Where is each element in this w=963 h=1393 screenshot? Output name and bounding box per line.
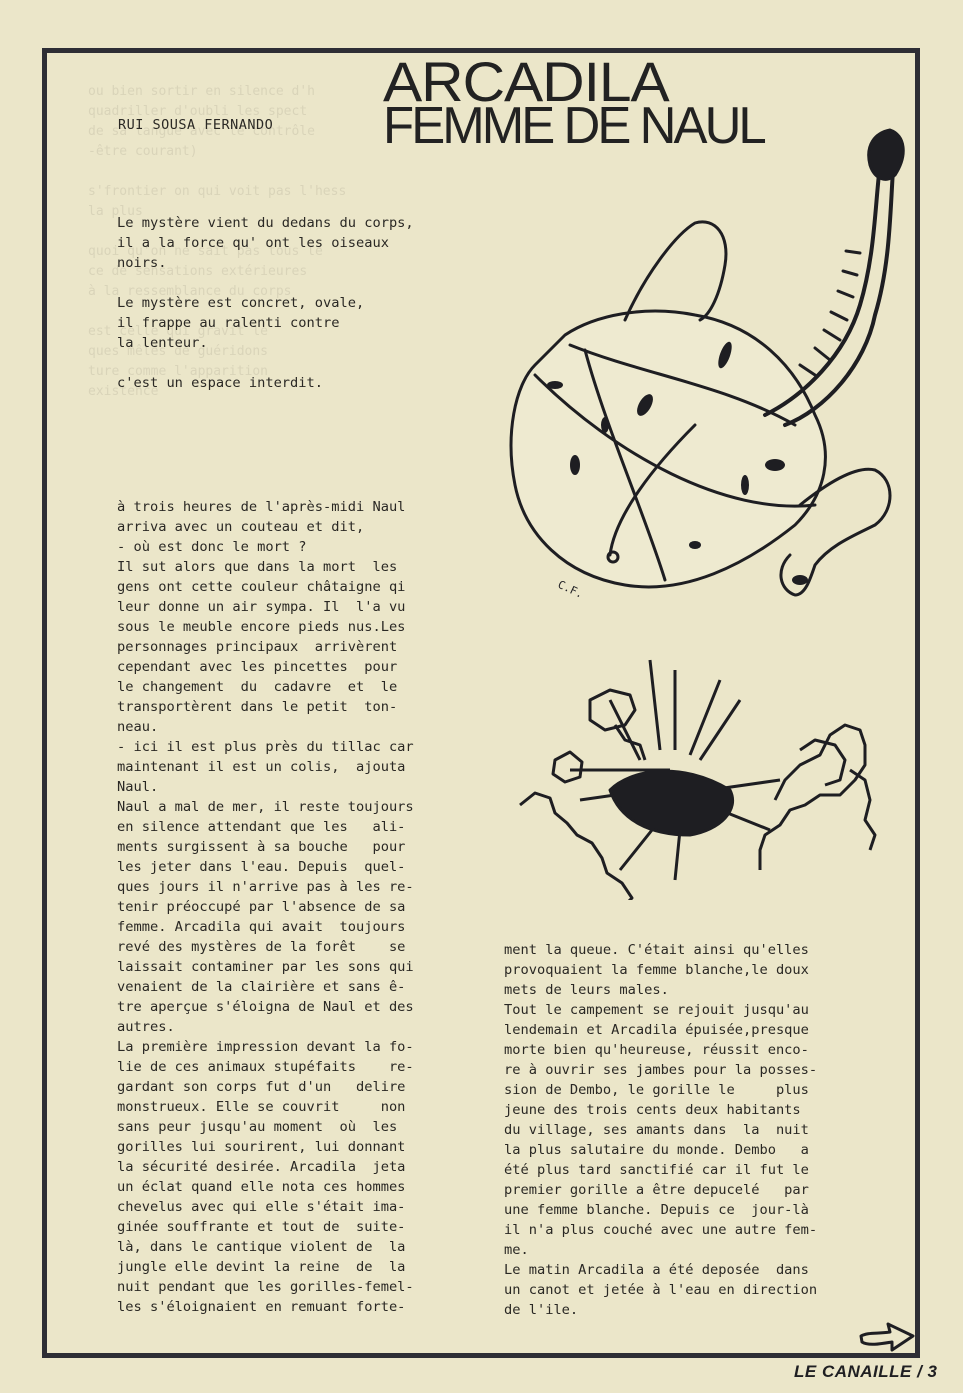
text-line: une femme blanche. Depuis ce jour-là [504,1200,817,1220]
text-line: sous le meuble encore pieds nus.Les [117,617,414,637]
text-line: ment la queue. C'était ainsi qu'elles [504,940,817,960]
text-line: tre aperçue s'éloigna de Naul et des [117,997,414,1017]
text-line: monstrueux. Elle se couvrit non [117,1097,414,1117]
text-line: La première impression devant la fo- [117,1037,414,1057]
text-line: jeune des trois cents deux habitants [504,1100,817,1120]
illustration-signature: C.F. [556,578,586,601]
text-line: me. [504,1240,817,1260]
text-line: femme. Arcadila qui avait toujours [117,917,414,937]
text-line: arriva avec un couteau et dit, [117,517,414,537]
text-line: Le mystère est concret, ovale, [117,293,414,313]
text-line: nuit pendant que les gorilles-femel- [117,1277,414,1297]
text-line: Le matin Arcadila a été deposée dans [504,1260,817,1280]
text-line: laissait contaminer par les sons qui [117,957,414,977]
text-line: morte bien qu'heureuse, réussit enco- [504,1040,817,1060]
text-line: ques jours il n'arrive pas à les re- [117,877,414,897]
package-serpent-illustration: C.F. [495,125,910,625]
text-line: - ici il est plus près du tillac car [117,737,414,757]
text-line: de l'ile. [504,1300,817,1320]
author-name: RUI SOUSA FERNANDO [118,117,273,133]
text-line: en silence attendant que les ali- [117,817,414,837]
text-line: il frappe au ralenti contre [117,313,414,333]
text-line: un canot et jetée à l'eau en direction [504,1280,817,1300]
text-line: la plus salutaire du monde. Dembo a [504,1140,817,1160]
text-line: venaient de la clairière et sans ê- [117,977,414,997]
text-line [117,353,414,373]
text-line: personnages principaux arrivèrent [117,637,414,657]
text-line: chevelus avec qui elle s'était ima- [117,1197,414,1217]
text-line: Naul. [117,777,414,797]
text-line: c'est un espace interdit. [117,373,414,393]
text-line: là, dans le cantique violent de la [117,1237,414,1257]
text-line: ginée souffrante et tout de suite- [117,1217,414,1237]
text-line: revé des mystères de la forêt se [117,937,414,957]
text-line: été plus tard sanctifié car il fut le [504,1160,817,1180]
text-line: sans peur jusqu'au moment où les [117,1117,414,1137]
text-line: neau. [117,717,414,737]
text-line [117,273,414,293]
text-line: Le mystère vient du dedans du corps, [117,213,414,233]
text-line: transportèrent dans le petit ton- [117,697,414,717]
text-line: premier gorille a être depucelé par [504,1180,817,1200]
text-line: tenir préoccupé par l'absence de sa [117,897,414,917]
continue-arrow-icon [858,1320,918,1356]
text-line: du village, ses amants dans la nuit [504,1120,817,1140]
text-line: maintenant il est un colis, ajouta [117,757,414,777]
text-line: ments surgissent à sa bouche pour [117,837,414,857]
text-line: gens ont cette couleur châtaigne qi [117,577,414,597]
text-line: sion de Dembo, le gorille le plus [504,1080,817,1100]
text-line: le changement du cadavre et le [117,677,414,697]
text-line: lie de ces animaux stupéfaits re- [117,1057,414,1077]
text-line: les jeter dans l'eau. Depuis quel- [117,857,414,877]
text-line: jungle elle devint la reine de la [117,1257,414,1277]
text-line: - où est donc le mort ? [117,537,414,557]
text-line: la lenteur. [117,333,414,353]
story-column-left: à trois heures de l'après-midi Naularriv… [117,497,414,1317]
text-line: gardant son corps fut d'un delire [117,1077,414,1097]
text-line: cependant avec les pincettes pour [117,657,414,677]
poem-block: Le mystère vient du dedans du corps,il a… [117,213,414,393]
text-line: il a la force qu' ont les oiseaux [117,233,414,253]
page-footer-label: LE CANAILLE / 3 [794,1362,938,1382]
text-line: provoquaient la femme blanche,le doux [504,960,817,980]
text-line: à trois heures de l'après-midi Naul [117,497,414,517]
text-line: Naul a mal de mer, il reste toujours [117,797,414,817]
text-line: la sécurité desirée. Arcadila jeta [117,1157,414,1177]
story-column-right: ment la queue. C'était ainsi qu'ellespro… [504,940,817,1320]
text-line: les s'éloignaient en remuant forte- [117,1297,414,1317]
text-line: re à ouvrir ses jambes pour la posses- [504,1060,817,1080]
text-line: Il sut alors que dans la mort les [117,557,414,577]
plant-chain-illustration [500,640,900,900]
text-line: lendemain et Arcadila épuisée,presque [504,1020,817,1040]
text-line: un éclat quand elle nota ces hommes [117,1177,414,1197]
text-line: leur donne un air sympa. Il l'a vu [117,597,414,617]
text-line: il n'a plus couché avec une autre fem- [504,1220,817,1240]
text-line: autres. [117,1017,414,1037]
text-line: Tout le campement se rejouit jusqu'au [504,1000,817,1020]
text-line: mets de leurs males. [504,980,817,1000]
text-line: noirs. [117,253,414,273]
text-line: gorilles lui sourirent, lui donnant [117,1137,414,1157]
